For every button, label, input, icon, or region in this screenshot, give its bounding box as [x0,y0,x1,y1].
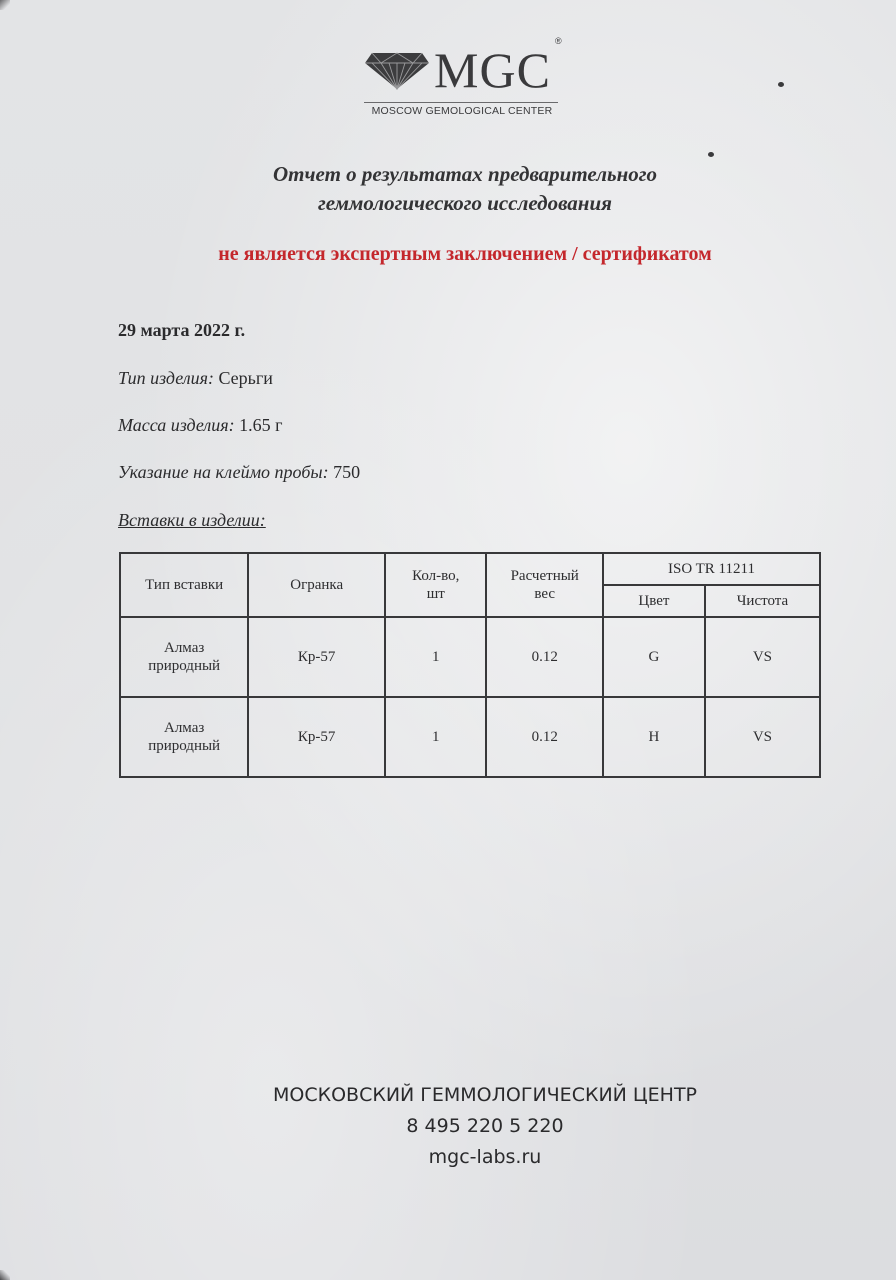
header-standard: ISO TR 11211 [603,553,820,585]
punch-mark [778,82,784,87]
item-type-field: Тип изделия: Серьги [118,368,273,389]
footer-website: mgc-labs.ru [0,1142,896,1173]
header-insert-type: Тип вставки [120,553,248,617]
table-row: Алмаз природный Кр-57 1 0.12 G VS [120,617,820,697]
header-cut: Огранка [248,553,385,617]
mass-field: Масса изделия: 1.65 г [118,415,283,436]
registered-mark: ® [555,36,562,46]
cell-insert-type: Алмаз природный [120,697,248,777]
header-weight: Расчетный вес [486,553,602,617]
item-type-label: Тип изделия: [118,368,214,388]
cell-insert-type: Алмаз природный [120,617,248,697]
cell-clarity: VS [705,617,820,697]
report-page: MGC ® MOSCOW GEMOLOGICAL CENTER Отчет о … [0,0,896,1280]
cell-cut: Кр-57 [248,697,385,777]
disclaimer: не является экспертным заключением / сер… [0,243,896,266]
header-color: Цвет [603,585,705,617]
brand-subtitle: MOSCOW GEMOLOGICAL CENTER [362,105,562,117]
diamond-icon [364,52,430,90]
cell-quantity: 1 [385,697,486,777]
hallmark-field: Указание на клеймо пробы: 750 [118,462,360,483]
report-title-line1: Отчет о результатах предварительного [0,160,896,189]
table-header-row: Тип вставки Огранка Кол-во, шт Расчетный… [120,553,820,585]
punch-mark [708,152,714,157]
report-title: Отчет о результатах предварительного гем… [0,160,896,218]
cell-cut: Кр-57 [248,617,385,697]
footer-phone: 8 495 220 5 220 [0,1111,896,1142]
inserts-heading: Вставки в изделии: [118,510,266,531]
cell-insert-type-text: Алмаз природный [144,639,224,675]
header-quantity-text: Кол-во, шт [406,567,466,603]
cell-weight: 0.12 [486,697,602,777]
page-corner-shadow [0,1270,10,1280]
mass-value: 1.65 г [239,415,282,435]
cell-insert-type-text: Алмаз природный [144,719,224,755]
cell-quantity: 1 [385,617,486,697]
report-title-line2: геммологического исследования [0,189,896,218]
header-quantity: Кол-во, шт [385,553,486,617]
header-clarity: Чистота [705,585,820,617]
cell-color: H [603,697,705,777]
footer-company: МОСКОВСКИЙ ГЕММОЛОГИЧЕСКИЙ ЦЕНТР [0,1080,896,1111]
logo-divider [364,102,558,103]
report-date: 29 марта 2022 г. [118,320,245,341]
table-row: Алмаз природный Кр-57 1 0.12 H VS [120,697,820,777]
footer: МОСКОВСКИЙ ГЕММОЛОГИЧЕСКИЙ ЦЕНТР 8 495 2… [0,1080,896,1173]
cell-weight: 0.12 [486,617,602,697]
cell-color: G [603,617,705,697]
header-weight-text: Расчетный вес [505,567,585,603]
cell-clarity: VS [705,697,820,777]
mass-label: Масса изделия: [118,415,235,435]
page-corner-shadow [0,0,10,10]
hallmark-label: Указание на клеймо пробы: [118,462,329,482]
inserts-table: Тип вставки Огранка Кол-во, шт Расчетный… [119,552,821,778]
hallmark-value: 750 [333,462,360,482]
brand-name: MGC [434,42,551,98]
item-type-value: Серьги [218,368,272,388]
mgc-logo: MGC ® MOSCOW GEMOLOGICAL CENTER [362,40,562,120]
